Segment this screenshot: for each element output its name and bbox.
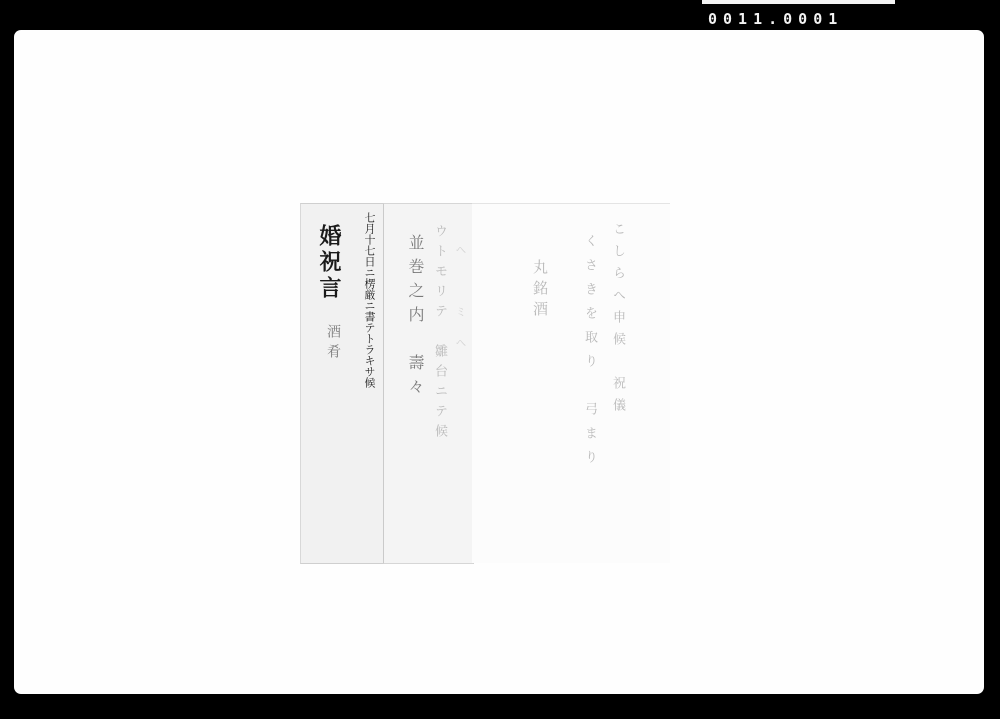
- note-column: 酒肴: [325, 324, 341, 364]
- film-strip-edge: [702, 0, 895, 4]
- frame-number: 0011.0001: [708, 9, 843, 29]
- document-panel-right: こしらへ申候 祝儀 くさきを取り 弓まり 丸銘酒: [472, 203, 670, 563]
- right-column-1: こしらへ申候 祝儀: [610, 222, 624, 420]
- document-panel-middle: 並巻之内 壽々 ウトモリテ 雛台ニテ候 ヘ ミヘ: [383, 203, 474, 564]
- date-column: 七月十七日ニ楞厳ニ書テトラキサ候: [363, 212, 375, 552]
- right-column-2: くさきを取り 弓まり: [582, 234, 596, 474]
- middle-column-3: ヘ ミヘ: [454, 244, 466, 368]
- middle-column-1: 並巻之内 壽々: [406, 234, 424, 402]
- title-column: 婚祝言: [317, 224, 341, 302]
- right-column-3: 丸銘酒: [532, 259, 548, 322]
- document-sheet: 七月十七日ニ楞厳ニ書テトラキサ候 婚祝言 酒肴 並巻之内 壽々 ウトモリテ 雛台…: [300, 203, 670, 562]
- document-panel-left: 七月十七日ニ楞厳ニ書テトラキサ候 婚祝言 酒肴: [300, 203, 384, 564]
- middle-column-2: ウトモリテ 雛台ニテ候: [432, 224, 446, 444]
